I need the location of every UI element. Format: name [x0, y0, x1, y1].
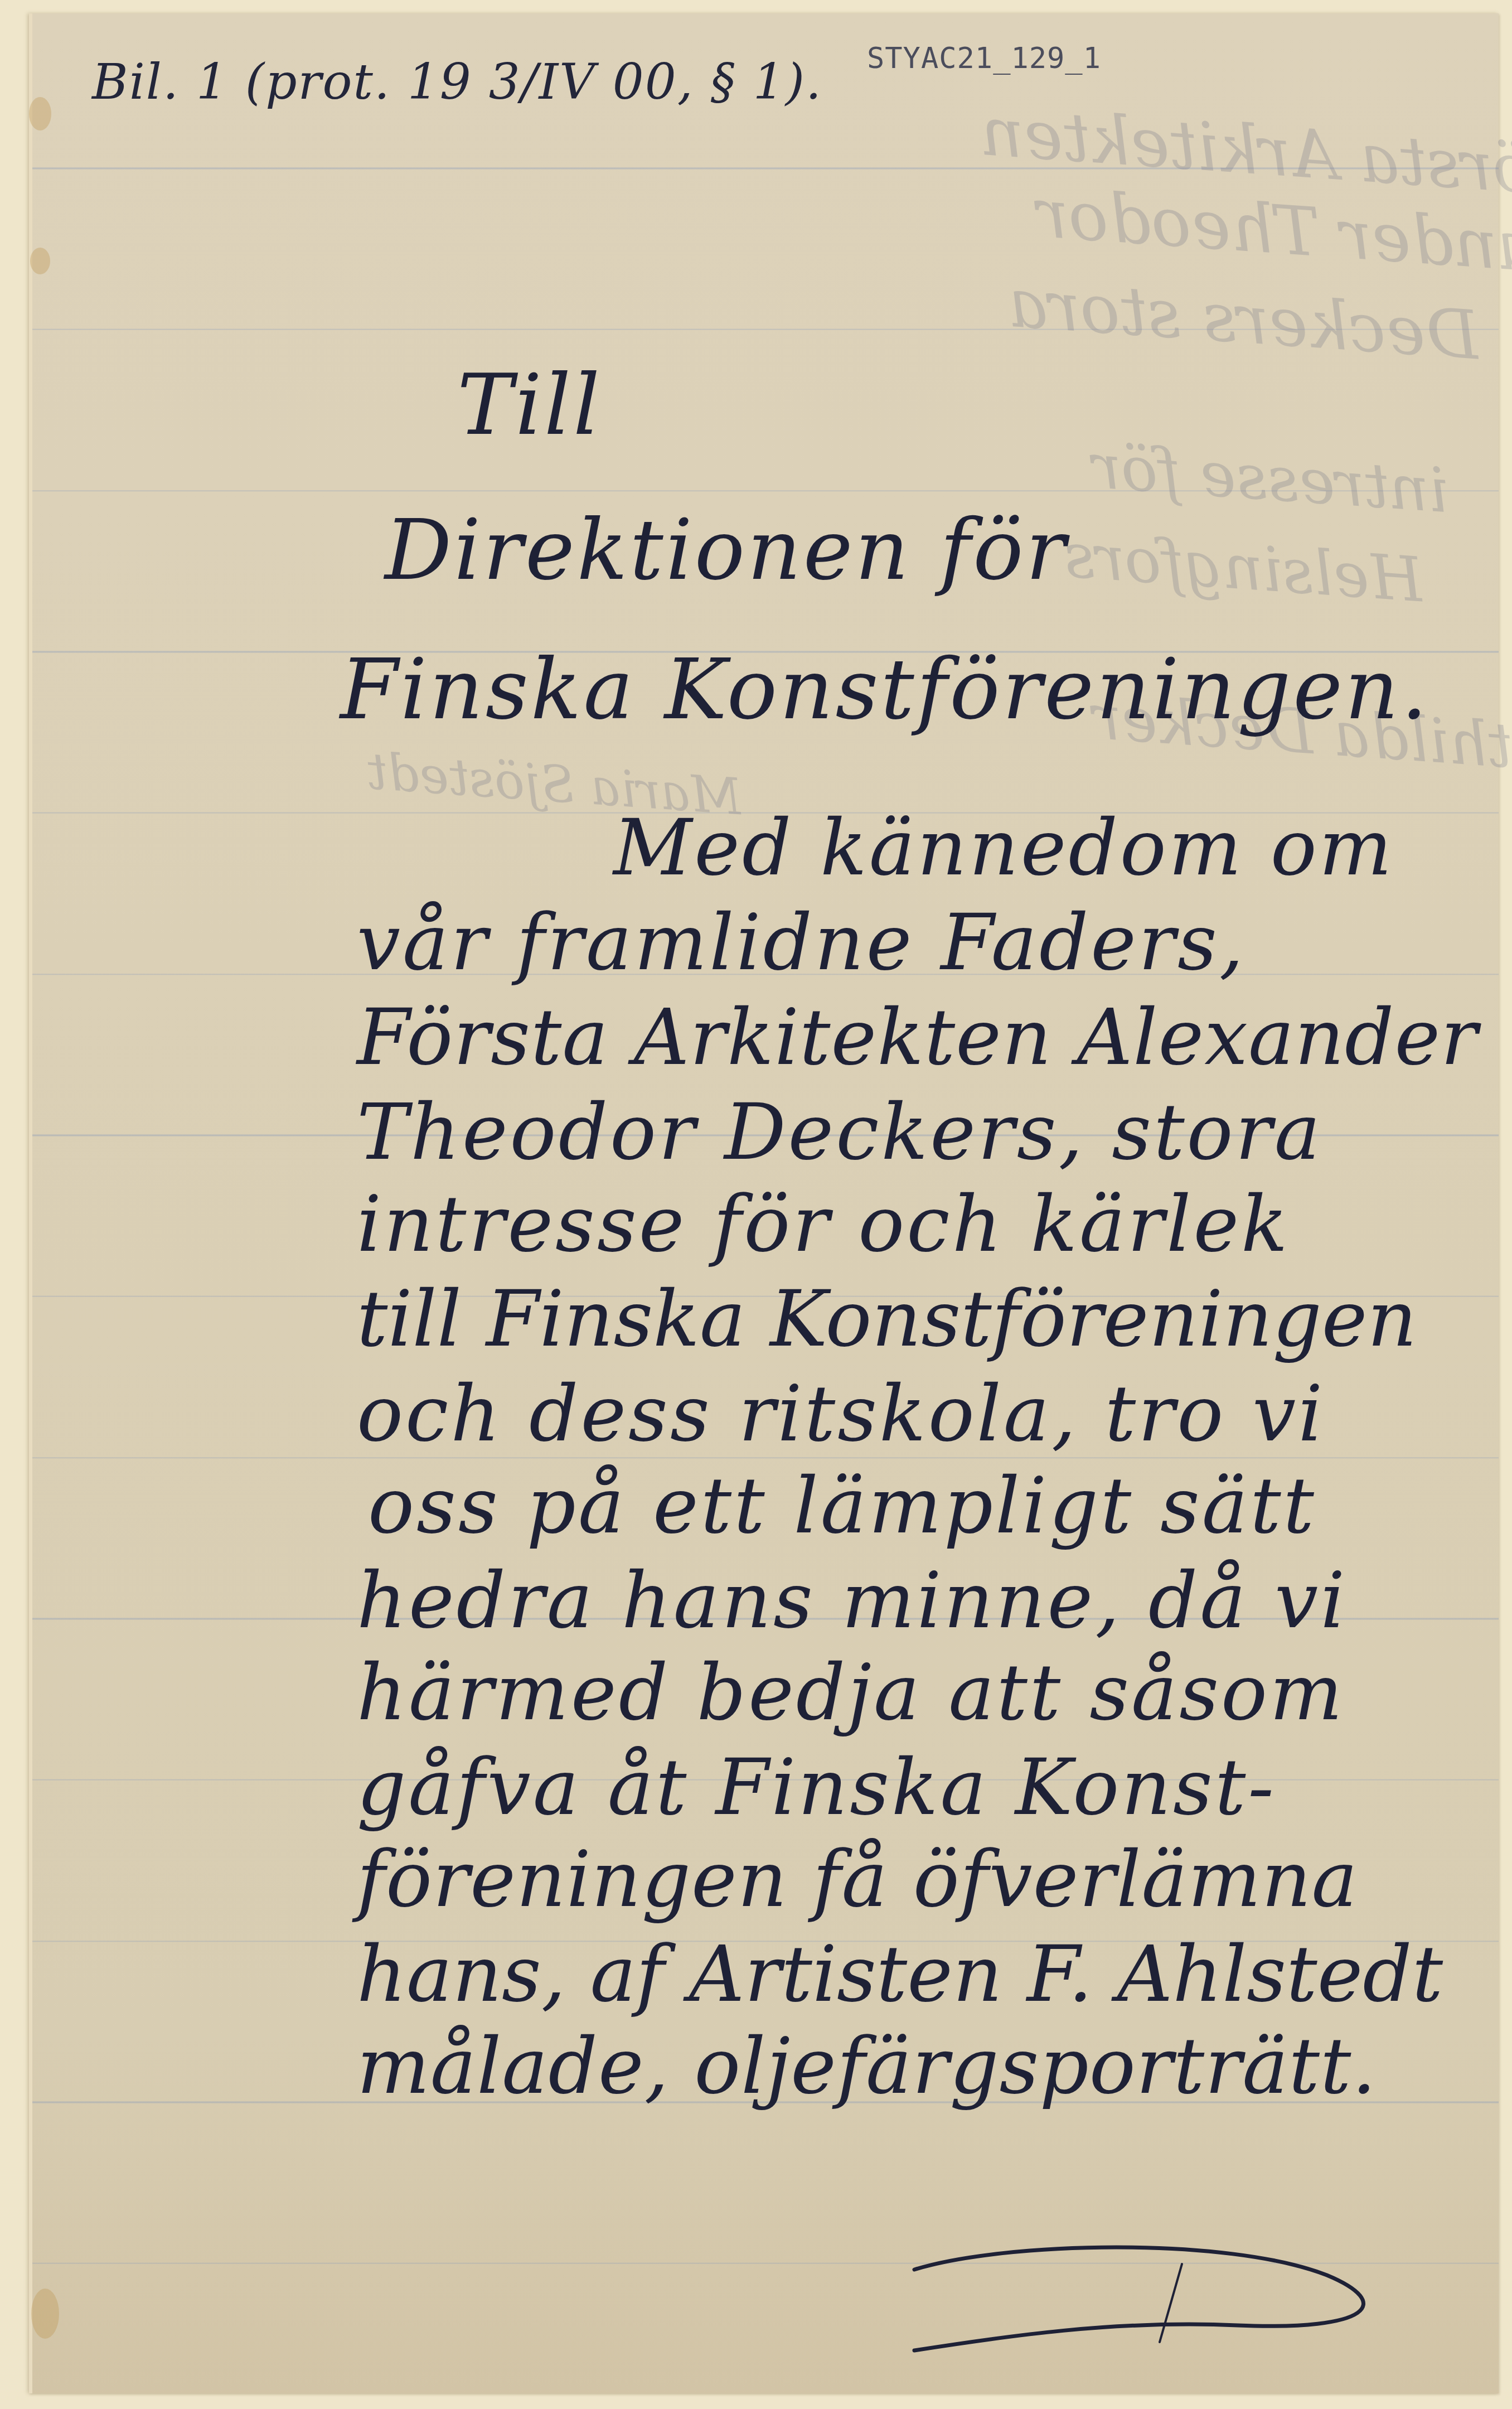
body-line: till Finska Konstföreningen	[357, 1274, 1417, 1364]
body-line: målade, oljefärgsporträtt.	[357, 2021, 1377, 2111]
body-line: intresse för och kärlek	[357, 1179, 1290, 1269]
body-line: härmed bedja att såsom	[357, 1648, 1345, 1738]
bleed-through-text: Helsingfors	[1062, 520, 1425, 616]
body-line: Första Arkitekten Alexander	[357, 993, 1478, 1082]
body-line: föreningen få öfverlämna	[357, 1835, 1358, 1924]
body-line: gåfva åt Finska Konst-	[357, 1743, 1276, 1832]
body-line: oss på ett lämpligt sätt	[368, 1461, 1316, 1551]
salutation-line-1: Till	[457, 357, 602, 454]
body-line: hans, af Artisten F. Ahlstedt	[357, 1929, 1443, 2019]
salutation-line-3: Finska Konstföreningen.	[340, 641, 1429, 738]
body-line: hedra hans minne, då vi	[357, 1556, 1347, 1646]
paper-stain	[30, 248, 50, 274]
salutation-line-2: Direktionen för	[385, 502, 1068, 599]
paper-stain	[31, 2289, 59, 2339]
archive-id-stamp: STYAC21_129_1	[867, 42, 1101, 75]
archive-reference-note: Bil. 1 (prot. 19 3/IV 00, § 1).	[92, 53, 822, 110]
paper-stain	[29, 97, 51, 130]
bleed-through-text: Deckers stora	[1006, 265, 1482, 375]
signature-flourish-icon	[892, 2231, 1450, 2353]
bleed-through-text: intresse för	[1089, 430, 1451, 526]
body-line: och dess ritskola, tro vi	[357, 1369, 1325, 1459]
body-line: vår framlidne Faders,	[357, 898, 1246, 988]
body-line: Theodor Deckers, stora	[357, 1087, 1322, 1177]
body-line: Med kännedom om	[613, 803, 1394, 893]
